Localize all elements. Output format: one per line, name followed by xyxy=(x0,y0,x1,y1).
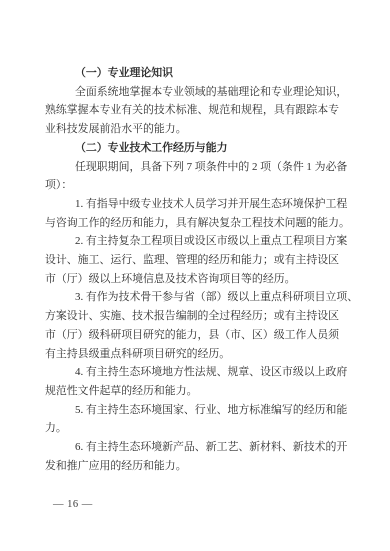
item-3-line: 方案设计、实施、技术报告编制的全过程经历；或有主持设区 xyxy=(45,307,347,326)
item-4-line: 4. 有主持生态环境地方性法规、规章、设区市级以上政府 xyxy=(45,363,347,382)
item-3-line: 有主持县级重点科研项目研究的经历。 xyxy=(45,345,347,364)
section1-body-line: 熟练掌握本专业有关的技术标准、规范和规程，具有跟踪本专 xyxy=(45,101,347,120)
item-2-line: 市（厅）级以上环境信息及技术咨询项目等的经历。 xyxy=(45,270,347,289)
item-4-line: 规范性文件起草的经历和能力。 xyxy=(45,382,347,401)
item-3-line: 市（厅）级科研项目研究的能力，县（市、区）级工作人员须 xyxy=(45,326,347,345)
item-1-line: 与咨询工作的经历和能力，具有解决复杂工程技术问题的能力。 xyxy=(45,214,347,233)
item-2-line: 2. 有主持复杂工程项目或设区市级以上重点工程项目方案 xyxy=(45,232,347,251)
section2-heading: （二）专业技术工作经历与能力 xyxy=(45,139,347,158)
item-5-line: 5. 有主持生态环境国家、行业、地方标准编写的经历和能 xyxy=(45,401,347,420)
item-1-line: 1. 有指导中级专业技术人员学习并开展生态环境保护工程 xyxy=(45,195,347,214)
section1-body-line: 业科技发展前沿水平的能力。 xyxy=(45,120,347,139)
item-2-line: 设计、施工、运行、监理、管理的经历和能力；或有主持设区 xyxy=(45,251,347,270)
section1-heading: （一）专业理论知识 xyxy=(45,64,347,83)
item-6-line: 6. 有主持生态环境新产品、新工艺、新材料、新技术的开 xyxy=(45,438,347,457)
page-number: — 16 — xyxy=(53,498,93,512)
item-6-line: 发和推广应用的经历和能力。 xyxy=(45,457,347,476)
section1-body-line: 全面系统地掌握本专业领域的基础理论和专业理论知识， xyxy=(45,83,347,102)
section2-intro-line: 项）： xyxy=(45,176,347,195)
section2-intro-line: 任现职期间，具备下列 7 项条件中的 2 项（条件 1 为必备 xyxy=(45,158,347,177)
document-text-block: （一）专业理论知识 全面系统地掌握本专业领域的基础理论和专业理论知识， 熟练掌握… xyxy=(45,64,347,475)
item-5-line: 力。 xyxy=(45,419,347,438)
document-page: （一）专业理论知识 全面系统地掌握本专业领域的基础理论和专业理论知识， 熟练掌握… xyxy=(0,0,390,551)
item-3-line: 3. 有作为技术骨干参与省（部）级以上重点科研项目立项、 xyxy=(45,288,347,307)
